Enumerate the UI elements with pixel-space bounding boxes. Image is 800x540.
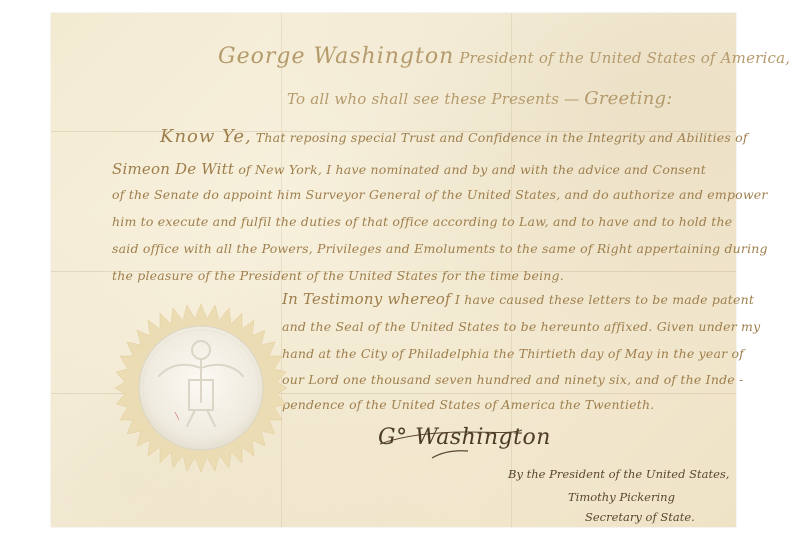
secretary-name: Timothy Pickering <box>568 490 675 504</box>
testimony-line-3: hand at the City of Philadelphia the Thi… <box>282 346 744 361</box>
testimony-line-4: our Lord one thousand seven hundred and … <box>282 372 743 387</box>
president-title: President of the United States of Americ… <box>459 49 790 67</box>
body-line-4: him to execute and fulfil the duties of … <box>112 214 732 229</box>
us-seal-icon <box>115 302 287 474</box>
body-line-6: the pleasure of the President of the Uni… <box>112 268 564 283</box>
greeting-prefix: To all who shall see these Presents — <box>287 90 579 108</box>
body-line-2: Simeon De Witt of New York, I have nomin… <box>112 160 706 178</box>
president-name: George Washington <box>218 44 454 69</box>
testimony-opening: In Testimony whereof <box>282 290 451 308</box>
president-signature: G° Washington <box>378 425 551 450</box>
testimony-line-2: and the Seal of the United States to be … <box>282 319 760 334</box>
appointee-name: Simeon De Witt <box>112 160 234 178</box>
testimony-line-5: pendence of the United States of America… <box>282 397 654 412</box>
greeting: To all who shall see these Presents — Gr… <box>287 88 673 109</box>
testimony-text: I have caused these letters to be made p… <box>455 292 754 307</box>
body-line-3: of the Senate do appoint him Surveyor Ge… <box>112 187 768 202</box>
body-line-1: Know Ye, That reposing special Trust and… <box>160 126 748 147</box>
document-header: George Washington President of the Unite… <box>218 44 790 69</box>
testimony-line-1: In Testimony whereof I have caused these… <box>282 290 754 308</box>
body-text: That reposing special Trust and Confiden… <box>256 130 748 145</box>
attestation-line-1: By the President of the United States, <box>508 467 729 481</box>
greeting-word: Greeting: <box>584 88 672 109</box>
know-ye: Know Ye, <box>160 126 252 147</box>
secretary-title: Secretary of State. <box>585 510 695 524</box>
body-text: of New York, I have nominated and by and… <box>238 162 706 177</box>
body-line-5: said office with all the Powers, Privile… <box>112 241 768 256</box>
